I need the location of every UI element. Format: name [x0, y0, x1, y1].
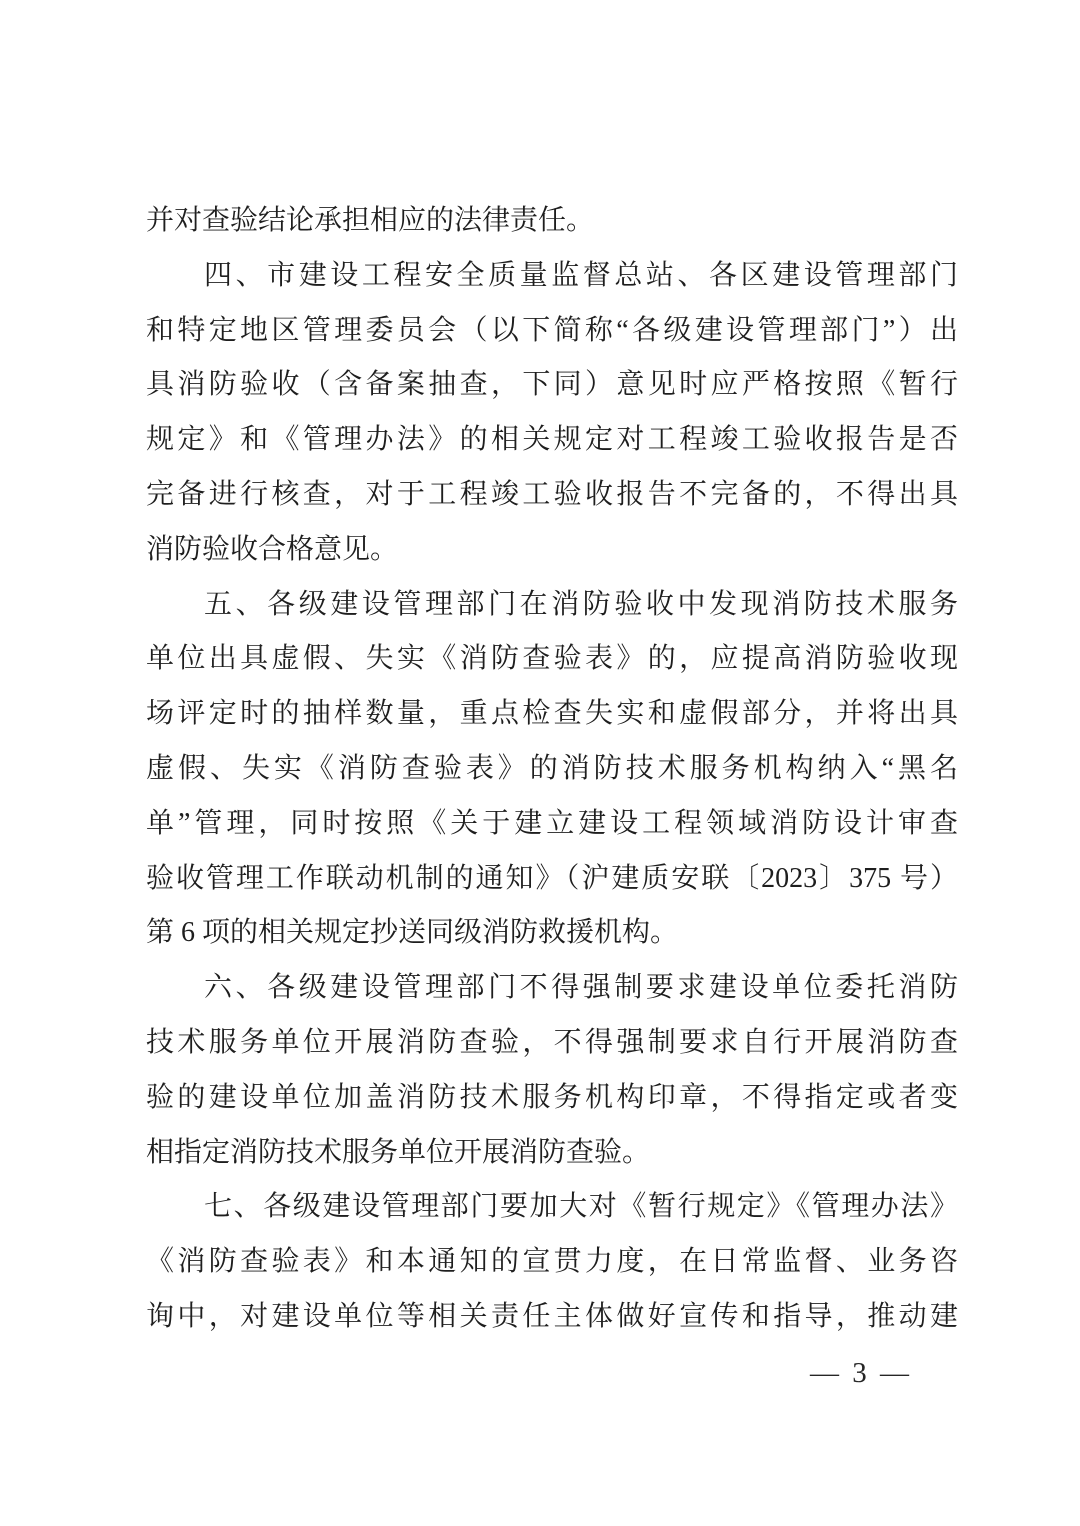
- text-line: 消防验收合格意见。: [146, 523, 958, 578]
- text-line: 完备进行核查，对于工程竣工验收报告不完备的，不得出具: [146, 468, 958, 523]
- text-line: 规定》和《管理办法》的相关规定对工程竣工验收报告是否: [146, 413, 958, 468]
- text-line: 验的建设单位加盖消防技术服务机构印章，不得指定或者变: [146, 1071, 958, 1126]
- text-line: 四、市建设工程安全质量监督总站、各区建设管理部门: [146, 249, 958, 304]
- text-line: 七、各级建设管理部门要加大对《暂行规定》《管理办法》: [146, 1180, 958, 1235]
- text-line: 单”管理，同时按照《关于建立建设工程领域消防设计审查: [146, 797, 958, 852]
- text-line: 六、各级建设管理部门不得强制要求建设单位委托消防: [146, 961, 958, 1016]
- text-line: 和特定地区管理委员会（以下简称“各级建设管理部门”）出: [146, 304, 958, 359]
- document-body: 并对查验结论承担相应的法律责任。 四、市建设工程安全质量监督总站、各区建设管理部…: [146, 194, 958, 1345]
- text-line: 五、各级建设管理部门在消防验收中发现消防技术服务: [146, 578, 958, 633]
- text-line: 虚假、失实《消防查验表》的消防技术服务机构纳入“黑名: [146, 742, 958, 797]
- text-line: 单位出具虚假、失实《消防查验表》的，应提高消防验收现: [146, 632, 958, 687]
- text-line: 场评定时的抽样数量，重点检查失实和虚假部分，并将出具: [146, 687, 958, 742]
- text-line: 并对查验结论承担相应的法律责任。: [146, 194, 958, 249]
- text-line: 验收管理工作联动机制的通知》（沪建质安联〔2023〕375 号）: [146, 852, 958, 907]
- page-number: — 3 —: [810, 1350, 912, 1396]
- text-line: 相指定消防技术服务单位开展消防查验。: [146, 1126, 958, 1181]
- text-line: 具消防验收（含备案抽查，下同）意见时应严格按照《暂行: [146, 358, 958, 413]
- text-line: 第 6 项的相关规定抄送同级消防救援机构。: [146, 906, 958, 961]
- text-line: 《消防查验表》和本通知的宣贯力度，在日常监督、业务咨: [146, 1235, 958, 1290]
- text-line: 技术服务单位开展消防查验，不得强制要求自行开展消防查: [146, 1016, 958, 1071]
- document-page: 并对查验结论承担相应的法律责任。 四、市建设工程安全质量监督总站、各区建设管理部…: [0, 0, 1080, 1526]
- text-line: 询中，对建设单位等相关责任主体做好宣传和指导，推动建: [146, 1290, 958, 1345]
